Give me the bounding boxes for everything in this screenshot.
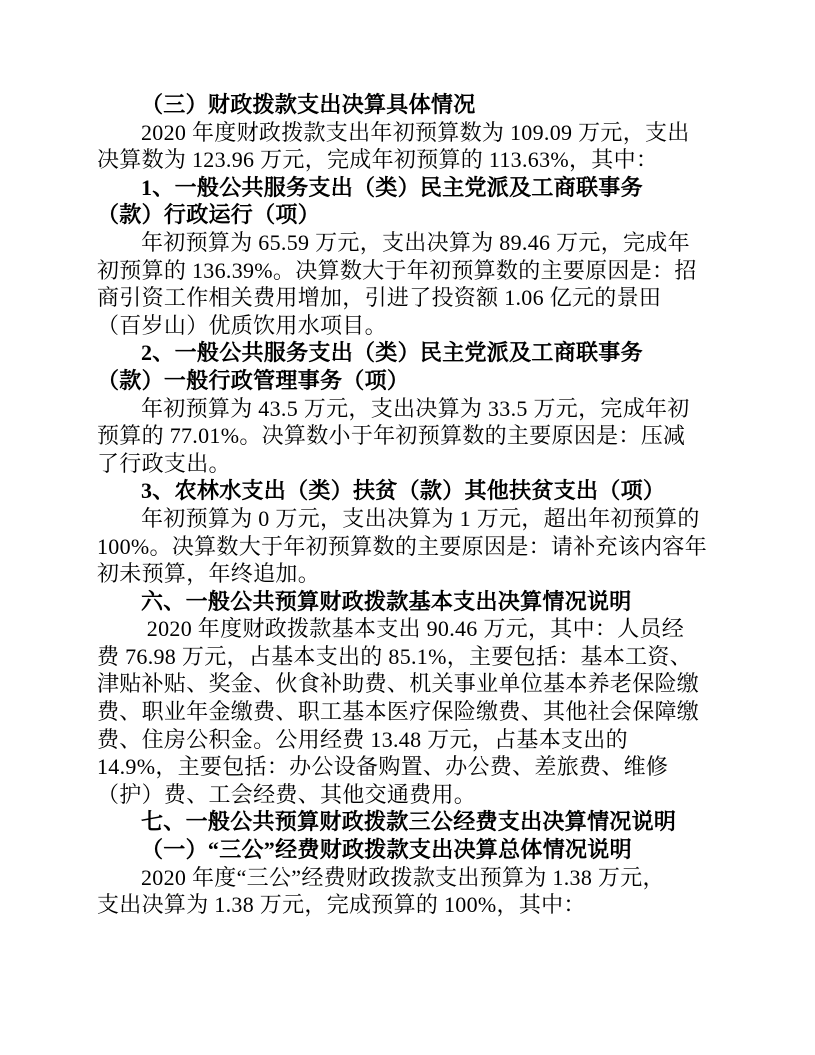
- text-line: 费 76.98 万元，占基本支出的 85.1%，主要包括：基本工资、: [97, 643, 711, 671]
- text-line: 预算的 77.01%。决算数小于年初预算数的主要原因是：压减: [97, 422, 711, 450]
- text-line: 初预算的 136.39%。决算数大于年初预算数的主要原因是：招: [97, 257, 711, 285]
- text-line: 14.9%，主要包括：办公设备购置、办公费、差旅费、维修: [97, 753, 711, 781]
- heading-paragraph: 3、农林水支出（类）扶贫（款）其他扶贫支出（项）: [97, 477, 711, 505]
- text-line: （款）一般行政管理事务（项）: [97, 367, 711, 395]
- heading-paragraph: 六、一般公共预算财政拨款基本支出决算情况说明: [97, 588, 711, 616]
- text-line: 2、一般公共服务支出（类）民主党派及工商联事务: [97, 339, 711, 367]
- body-paragraph: 2020 年度财政拨款基本支出 90.46 万元，其中：人员经费 76.98 万…: [97, 615, 711, 808]
- text-line: 2020 年度“三公”经费财政拨款支出预算为 1.38 万元，: [97, 864, 711, 892]
- heading-paragraph: （一）“三公”经费财政拨款支出决算总体情况说明: [97, 836, 711, 864]
- text-line: （百岁山）优质饮用水项目。: [97, 312, 711, 340]
- heading-paragraph: 七、一般公共预算财政拨款三公经费支出决算情况说明: [97, 808, 711, 836]
- text-line: 决算数为 123.96 万元，完成年初预算的 113.63%，其中：: [97, 146, 711, 174]
- body-paragraph: 年初预算为 65.59 万元，支出决算为 89.46 万元，完成年初预算的 13…: [97, 229, 711, 339]
- text-line: 六、一般公共预算财政拨款基本支出决算情况说明: [97, 588, 711, 616]
- text-line: 七、一般公共预算财政拨款三公经费支出决算情况说明: [97, 808, 711, 836]
- body-paragraph: 2020 年度财政拨款支出年初预算数为 109.09 万元，支出决算数为 123…: [97, 119, 711, 174]
- body-paragraph: 年初预算为 43.5 万元，支出决算为 33.5 万元，完成年初预算的 77.0…: [97, 395, 711, 478]
- body-paragraph: 2020 年度“三公”经费财政拨款支出预算为 1.38 万元，支出决算为 1.3…: [97, 864, 711, 919]
- text-line: 商引资工作相关费用增加，引进了投资额 1.06 亿元的景田: [97, 284, 711, 312]
- text-line: 津贴补贴、奖金、伙食补助费、机关事业单位基本养老保险缴: [97, 670, 711, 698]
- heading-paragraph: （三）财政拨款支出决算具体情况: [97, 91, 711, 119]
- text-line: 费、职业年金缴费、职工基本医疗保险缴费、其他社会保障缴: [97, 698, 711, 726]
- text-line: 支出决算为 1.38 万元，完成预算的 100%，其中：: [97, 891, 711, 919]
- document-body: （三）财政拨款支出决算具体情况2020 年度财政拨款支出年初预算数为 109.0…: [97, 91, 711, 919]
- document-page: （三）财政拨款支出决算具体情况2020 年度财政拨款支出年初预算数为 109.0…: [0, 0, 815, 1055]
- text-line: （三）财政拨款支出决算具体情况: [97, 91, 711, 119]
- text-line: （护）费、工会经费、其他交通费用。: [97, 781, 711, 809]
- text-line: 1、一般公共服务支出（类）民主党派及工商联事务: [97, 174, 711, 202]
- text-line: 了行政支出。: [97, 450, 711, 478]
- text-line: 年初预算为 65.59 万元，支出决算为 89.46 万元，完成年: [97, 229, 711, 257]
- text-line: （一）“三公”经费财政拨款支出决算总体情况说明: [97, 836, 711, 864]
- text-line: 100%。决算数大于年初预算数的主要原因是：请补充该内容年: [97, 533, 711, 561]
- text-line: 3、农林水支出（类）扶贫（款）其他扶贫支出（项）: [97, 477, 711, 505]
- text-line: 2020 年度财政拨款基本支出 90.46 万元，其中：人员经: [97, 615, 711, 643]
- heading-paragraph: 2、一般公共服务支出（类）民主党派及工商联事务（款）一般行政管理事务（项）: [97, 339, 711, 394]
- text-line: 年初预算为 43.5 万元，支出决算为 33.5 万元，完成年初: [97, 395, 711, 423]
- text-line: 2020 年度财政拨款支出年初预算数为 109.09 万元，支出: [97, 119, 711, 147]
- body-paragraph: 年初预算为 0 万元，支出决算为 1 万元，超出年初预算的100%。决算数大于年…: [97, 505, 711, 588]
- text-line: 年初预算为 0 万元，支出决算为 1 万元，超出年初预算的: [97, 505, 711, 533]
- text-line: 费、住房公积金。公用经费 13.48 万元，占基本支出的: [97, 726, 711, 754]
- text-line: 初未预算，年终追加。: [97, 560, 711, 588]
- heading-paragraph: 1、一般公共服务支出（类）民主党派及工商联事务（款）行政运行（项）: [97, 174, 711, 229]
- text-line: （款）行政运行（项）: [97, 201, 711, 229]
